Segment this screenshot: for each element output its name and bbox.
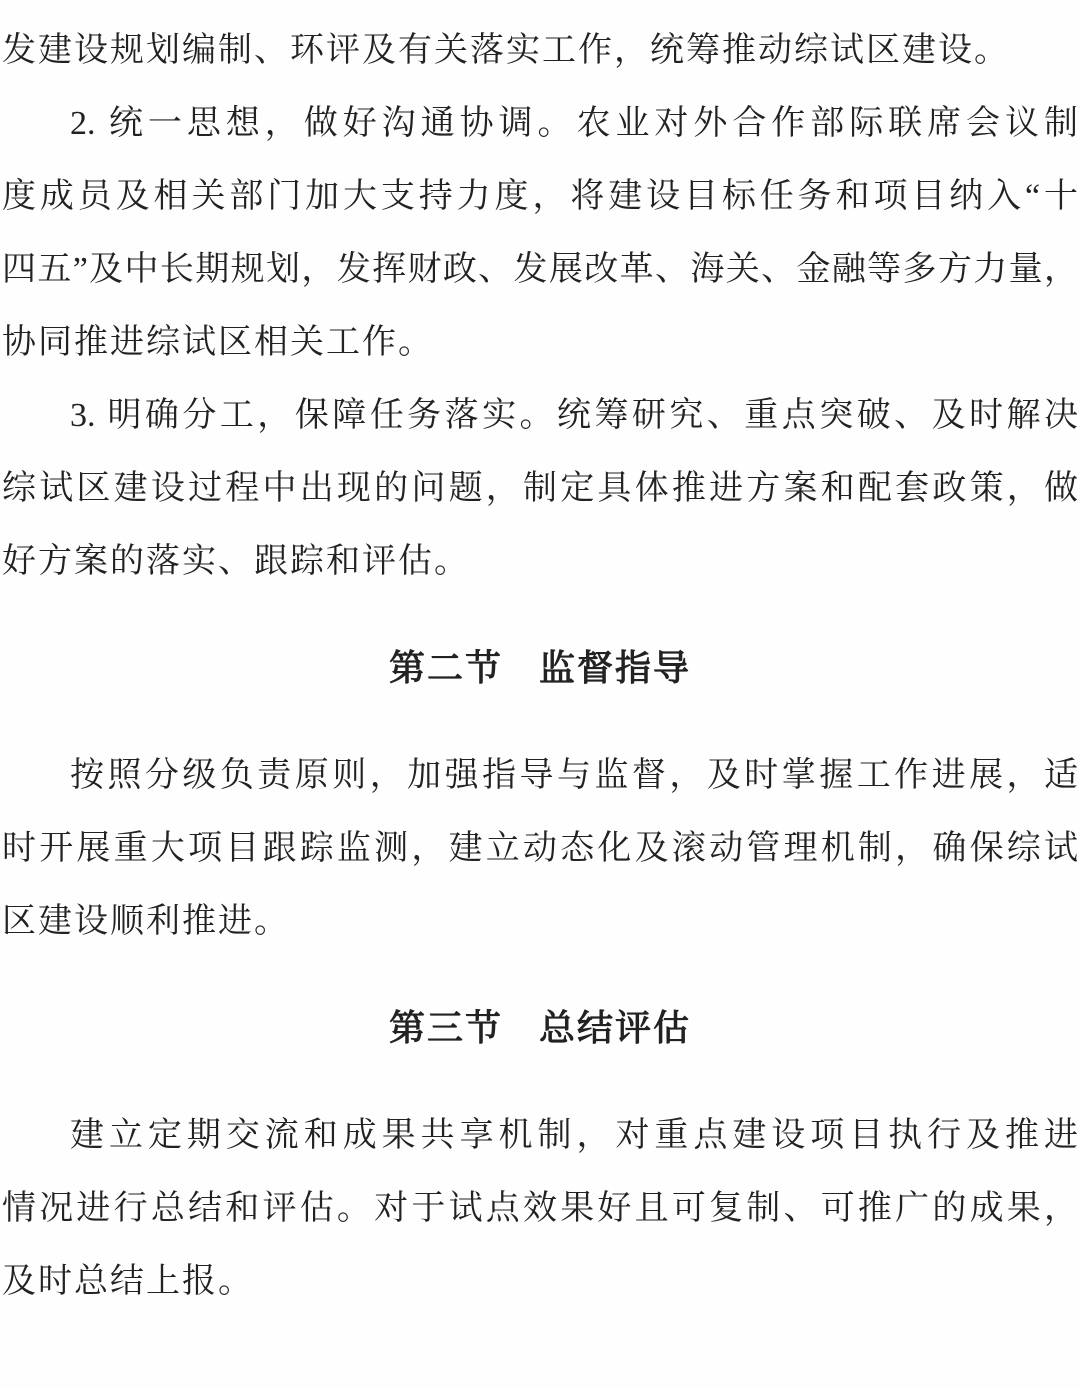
body-line: 3. 明确分工，保障任务落实。统筹研究、重点突破、及时解决 bbox=[2, 379, 1078, 452]
body-line: 及时总结上报。 bbox=[2, 1245, 1078, 1318]
document-page: 发建设规划编制、环评及有关落实工作，统筹推动综试区建设。 2. 统一思想，做好沟… bbox=[0, 0, 1080, 1388]
paragraph-item-2: 2. 统一思想，做好沟通协调。农业对外合作部际联席会议制 度成员及相关部门加大支… bbox=[2, 87, 1078, 379]
body-line: 度成员及相关部门加大支持力度，将建设目标任务和项目纳入“十 bbox=[2, 160, 1078, 233]
body-line: 情况进行总结和评估。对于试点效果好且可复制、可推广的成果， bbox=[2, 1172, 1078, 1245]
body-line: 四五”及中长期规划，发挥财政、发展改革、海关、金融等多方力量， bbox=[2, 233, 1078, 306]
section-heading-3: 第三节总结评估 bbox=[2, 992, 1078, 1065]
body-line: 按照分级负责原则，加强指导与监督，及时掌握工作进展，适 bbox=[2, 739, 1078, 812]
body-line: 综试区建设过程中出现的问题，制定具体推进方案和配套政策，做 bbox=[2, 452, 1078, 525]
section-3-number: 第三节 bbox=[389, 1008, 503, 1048]
section-2-title: 监督指导 bbox=[539, 648, 691, 688]
section-3-paragraph: 建立定期交流和成果共享机制，对重点建设项目执行及推进 情况进行总结和评估。对于试… bbox=[2, 1099, 1078, 1318]
body-line: 时开展重大项目跟踪监测，建立动态化及滚动管理机制，确保综试 bbox=[2, 812, 1078, 885]
paragraph-continuation: 发建设规划编制、环评及有关落实工作，统筹推动综试区建设。 bbox=[2, 14, 1078, 87]
body-line: 好方案的落实、跟踪和评估。 bbox=[2, 525, 1078, 598]
body-line: 协同推进综试区相关工作。 bbox=[2, 306, 1078, 379]
section-heading-2: 第二节监督指导 bbox=[2, 632, 1078, 705]
body-line: 发建设规划编制、环评及有关落实工作，统筹推动综试区建设。 bbox=[2, 14, 1078, 87]
body-line: 2. 统一思想，做好沟通协调。农业对外合作部际联席会议制 bbox=[2, 87, 1078, 160]
section-2-paragraph: 按照分级负责原则，加强指导与监督，及时掌握工作进展，适 时开展重大项目跟踪监测，… bbox=[2, 739, 1078, 958]
body-line: 区建设顺利推进。 bbox=[2, 885, 1078, 958]
body-line: 建立定期交流和成果共享机制，对重点建设项目执行及推进 bbox=[2, 1099, 1078, 1172]
section-2-number: 第二节 bbox=[389, 648, 503, 688]
section-3-title: 总结评估 bbox=[539, 1008, 691, 1048]
paragraph-item-3: 3. 明确分工，保障任务落实。统筹研究、重点突破、及时解决 综试区建设过程中出现… bbox=[2, 379, 1078, 598]
